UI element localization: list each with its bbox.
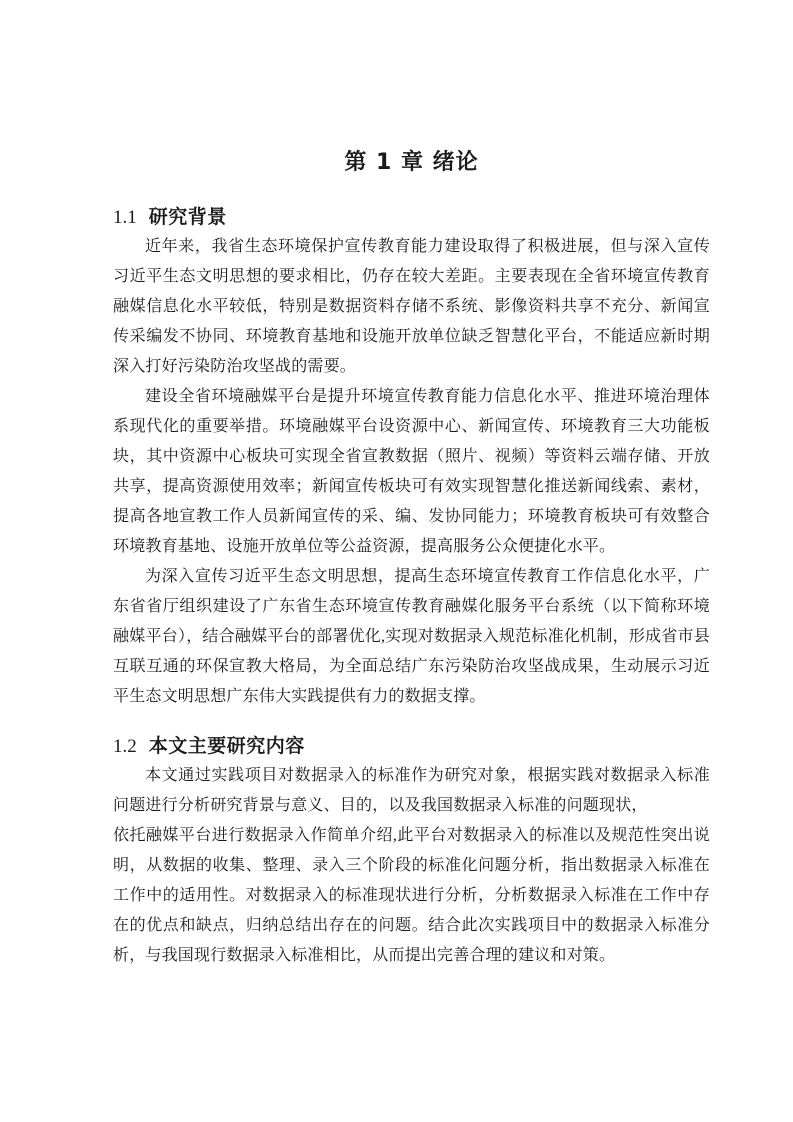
section-heading-1-2: 1.2本文主要研究内容 [113, 732, 710, 761]
body-paragraph: 建设全省环境融媒平台是提升环境宣传教育能力信息化水平、推进环境治理体系现代化的重… [113, 382, 710, 562]
body-paragraph: 为深入宣传习近平生态文明思想，提高生态环境宣传教育工作信息化水平，广东省省厅组织… [113, 562, 710, 712]
chapter-title: 第 1 章 绪论 [113, 146, 710, 179]
body-paragraph: 近年来，我省生态环境保护宣传教育能力建设取得了积极进展，但与深入宣传习近平生态文… [113, 232, 710, 382]
section-heading-1-1: 1.1研究背景 [113, 203, 710, 232]
body-paragraph: 依托融媒平台进行数据录入作简单介绍,此平台对数据录入的标准以及规范性突出说明，从… [113, 821, 710, 971]
section-number: 1.1 [113, 207, 137, 228]
body-paragraph: 本文通过实践项目对数据录入的标准作为研究对象，根据实践对数据录入标准问题进行分析… [113, 761, 710, 821]
section-number: 1.2 [113, 736, 137, 757]
document-page: 第 1 章 绪论 1.1研究背景 近年来，我省生态环境保护宣传教育能力建设取得了… [0, 0, 793, 1122]
section-title: 研究背景 [149, 206, 227, 228]
page-content: 第 1 章 绪论 1.1研究背景 近年来，我省生态环境保护宣传教育能力建设取得了… [113, 146, 710, 971]
section-title: 本文主要研究内容 [149, 735, 305, 757]
